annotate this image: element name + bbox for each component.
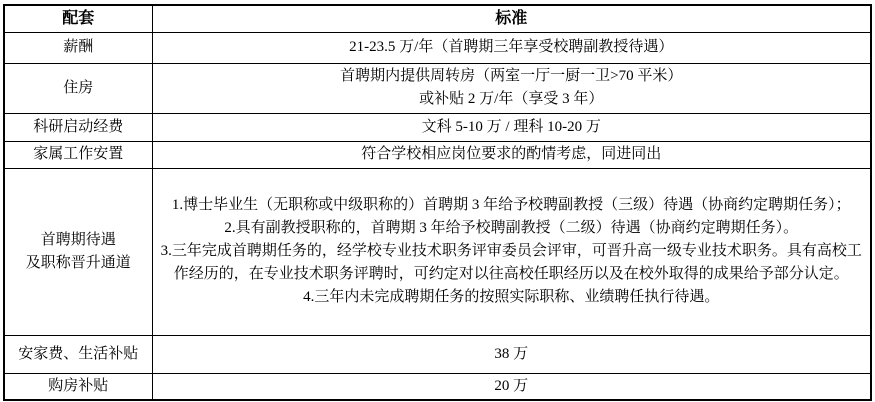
header-package: 配套 (4, 5, 152, 32)
first-term-item-3: 3.三年完成首聘期任务的，经学校专业技术职务评审委员会评审，可晋升高一级专业技术… (157, 240, 867, 286)
header-standard: 标准 (152, 5, 871, 32)
table-header-row: 配套 标准 (4, 5, 871, 32)
first-term-label-line1: 首聘期待遇 (9, 229, 148, 252)
benefits-table: 配套 标准 薪酬 21-23.5 万/年（首聘期三年享受校聘副教授待遇） 住房 … (3, 4, 872, 401)
housing-value: 首聘期内提供周转房（两室一厅一厨一卫>70 平米） 或补贴 2 万/年（享受 3… (152, 63, 871, 113)
first-term-item-2: 2.具有副教授职称的，首聘期 3 年给予校聘副教授（二级）待遇（协商约定聘期任务… (157, 217, 867, 240)
first-term-label-line2: 及职称晋升通道 (9, 252, 148, 275)
housing-label: 住房 (4, 63, 152, 113)
research-fund-label: 科研启动经费 (4, 113, 152, 141)
salary-label: 薪酬 (4, 32, 152, 63)
family-placement-value: 符合学校相应岗位要求的酌情考虑，同进同出 (152, 141, 871, 168)
family-placement-label: 家属工作安置 (4, 141, 152, 168)
table-row-research-fund: 科研启动经费 文科 5-10 万 / 理科 10-20 万 (4, 113, 871, 141)
first-term-label: 首聘期待遇 及职称晋升通道 (4, 168, 152, 335)
page: 配套 标准 薪酬 21-23.5 万/年（首聘期三年享受校聘副教授待遇） 住房 … (0, 0, 875, 402)
salary-value: 21-23.5 万/年（首聘期三年享受校聘副教授待遇） (152, 32, 871, 63)
housing-value-line1: 首聘期内提供周转房（两室一厅一厨一卫>70 平米） (157, 65, 867, 88)
table-row-first-term: 首聘期待遇 及职称晋升通道 1.博士毕业生（无职称或中级职称的）首聘期 3 年给… (4, 168, 871, 335)
first-term-value: 1.博士毕业生（无职称或中级职称的）首聘期 3 年给予校聘副教授（三级）待遇（协… (152, 168, 871, 335)
first-term-item-1: 1.博士毕业生（无职称或中级职称的）首聘期 3 年给予校聘副教授（三级）待遇（协… (157, 194, 867, 217)
table-row-housing: 住房 首聘期内提供周转房（两室一厅一厨一卫>70 平米） 或补贴 2 万/年（享… (4, 63, 871, 113)
table-row-salary: 薪酬 21-23.5 万/年（首聘期三年享受校聘副教授待遇） (4, 32, 871, 63)
table-row-settling-allowance: 安家费、生活补贴 38 万 (4, 335, 871, 373)
table-row-house-purchase-subsidy: 购房补贴 20 万 (4, 373, 871, 400)
settling-allowance-label: 安家费、生活补贴 (4, 335, 152, 373)
settling-allowance-value: 38 万 (152, 335, 871, 373)
housing-value-line2: 或补贴 2 万/年（享受 3 年） (157, 88, 867, 111)
first-term-item-4: 4.三年内未完成聘期任务的按照实际职称、业绩聘任执行待遇。 (157, 286, 867, 309)
table-row-family-placement: 家属工作安置 符合学校相应岗位要求的酌情考虑，同进同出 (4, 141, 871, 168)
research-fund-value: 文科 5-10 万 / 理科 10-20 万 (152, 113, 871, 141)
house-purchase-subsidy-label: 购房补贴 (4, 373, 152, 400)
house-purchase-subsidy-value: 20 万 (152, 373, 871, 400)
